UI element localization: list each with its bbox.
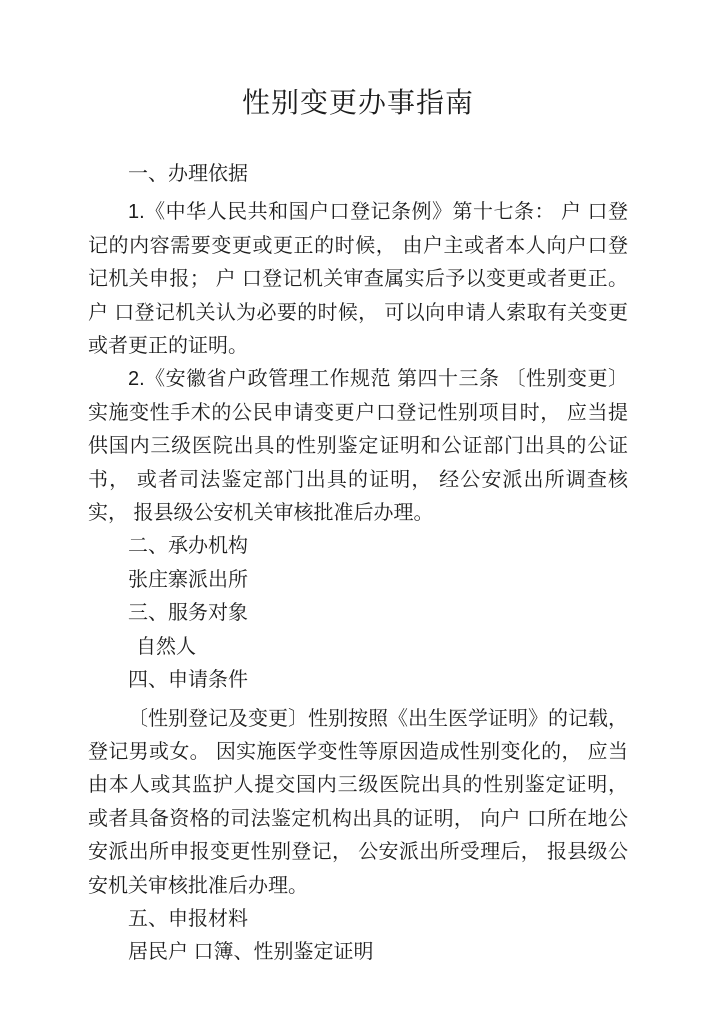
document-page: 性别变更办事指南 一、办理依据 1.《中华人民共和国户口登记条例》第十七条： 户… xyxy=(0,0,715,1011)
heading-application-materials: 五、申报材料 xyxy=(88,903,628,936)
paragraph-application-conditions: 〔性别登记及变更〕性别按照《出生医学证明》的记载， 登记男或女。 因实施医学变性… xyxy=(88,703,628,903)
paragraph-anhui-household-policy: 2.《安徽省户政管理工作规范 第四十三条 〔性别变更〕实施变性手术的公民申请变更… xyxy=(88,363,628,530)
heading-undertaking-agency: 二、承办机构 xyxy=(88,530,628,563)
heading-processing-basis: 一、办理依据 xyxy=(88,158,628,191)
heading-service-target: 三、服务对象 xyxy=(88,597,628,630)
text-application-materials: 居民户 口簿、性别鉴定证明 xyxy=(88,936,628,969)
heading-application-conditions: 四、申请条件 xyxy=(88,664,628,697)
text-agency-name: 张庄寨派出所 xyxy=(88,564,628,597)
text-service-target: 自然人 xyxy=(88,631,628,664)
paragraph-household-registration-regulation: 1.《中华人民共和国户口登记条例》第十七条： 户 口登记的内容需要变更或更正的时… xyxy=(88,196,628,363)
document-title: 性别变更办事指南 xyxy=(88,0,628,120)
